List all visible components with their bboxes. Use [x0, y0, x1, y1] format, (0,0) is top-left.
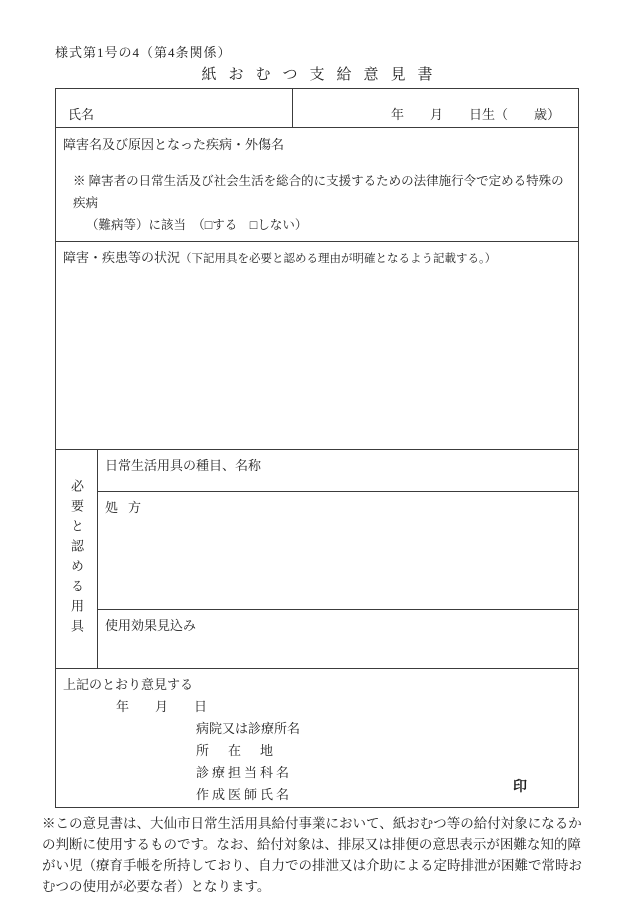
condition-label-note: （下記用具を必要と認める理由が明確となるよう記載する。） — [180, 253, 496, 265]
name-cell: 氏名 — [56, 89, 293, 127]
seal-mark: 印 — [513, 776, 527, 796]
special-disease-checkbox-line: （難病等）に該当 （□する □しない） — [63, 214, 570, 236]
equipment-item-cell: 日常生活用具の種目、名称 — [98, 450, 578, 492]
hospital-name-label: 病院又は診療所名 — [56, 718, 578, 740]
birthdate-label: 年 月 日生（ 歳） — [391, 104, 560, 123]
condition-label: 障害・疾患等の状況 — [63, 250, 180, 265]
department-label: 診療担当科名 — [56, 762, 578, 784]
opinion-statement: 上記のとおり意見する — [56, 674, 578, 696]
opinion-form-table: 氏名 年 月 日生（ 歳） 障害名及び原因となった疾病・外傷名 ※ 障害者の日常… — [55, 88, 579, 808]
form-page: 様式第1号の4（第4条関係） 紙おむつ支給意見書 氏名 年 月 日生（ 歳） 障… — [0, 0, 630, 903]
birthdate-cell: 年 月 日生（ 歳） — [293, 89, 578, 127]
effect-label: 使用効果見込み — [105, 618, 196, 633]
effect-cell: 使用効果見込み — [98, 610, 578, 668]
footer-note-line: がい児（療育手帳を所持しており、自力での排泄又は介助による定時排泄が困難で常時お — [42, 855, 594, 876]
opinion-section: 上記のとおり意見する 年 月 日 病院又は診療所名 所在地 診療担当科名 作成医… — [56, 668, 578, 807]
name-label: 氏名 — [68, 104, 94, 123]
footer-note: ※この意見書は、大仙市日常生活用具給付事業において、紙おむつ等の給付対象になるか… — [42, 813, 594, 897]
opinion-date-line: 年 月 日 — [56, 696, 578, 718]
equipment-item-label: 日常生活用具の種目、名称 — [105, 458, 261, 473]
special-disease-note: ※ 障害者の日常生活及び社会生活を総合的に支援するための法律施行令で定める特殊の… — [63, 170, 570, 236]
footer-note-line: ※この意見書は、大仙市日常生活用具給付事業において、紙おむつ等の給付対象になるか — [42, 813, 594, 834]
equipment-main-cells: 日常生活用具の種目、名称 処方 使用効果見込み — [98, 450, 578, 668]
page-title: 紙おむつ支給意見書 — [55, 63, 579, 84]
footer-note-line: の判断に使用するものです。なお、給付対象は、排尿又は排便の意思表示が困難な知的障 — [42, 834, 594, 855]
form-number: 様式第1号の4（第4条関係） — [55, 42, 232, 61]
condition-section: 障害・疾患等の状況（下記用具を必要と認める理由が明確となるよう記載する。） — [56, 241, 578, 449]
disability-name-label: 障害名及び原因となった疾病・外傷名 — [63, 134, 570, 153]
doctor-name-label: 作成医師氏名 — [56, 784, 578, 806]
prescription-cell: 処方 — [98, 492, 578, 610]
disability-name-section: 障害名及び原因となった疾病・外傷名 ※ 障害者の日常生活及び社会生活を総合的に支… — [56, 127, 578, 241]
address-label: 所在地 — [56, 740, 578, 762]
footer-note-line: むつの使用が必要な者）となります。 — [42, 876, 594, 897]
special-disease-note-line1: ※ 障害者の日常生活及び社会生活を総合的に支援するための法律施行令で定める特殊の… — [63, 170, 570, 214]
equipment-side-cell: 必要と認める用具 — [56, 450, 98, 668]
equipment-side-label: 必要と認める用具 — [67, 479, 86, 639]
name-row: 氏名 年 月 日生（ 歳） — [56, 89, 578, 127]
prescription-label: 処方 — [105, 500, 151, 515]
equipment-section: 必要と認める用具 日常生活用具の種目、名称 処方 使用効果見込み — [56, 449, 578, 668]
